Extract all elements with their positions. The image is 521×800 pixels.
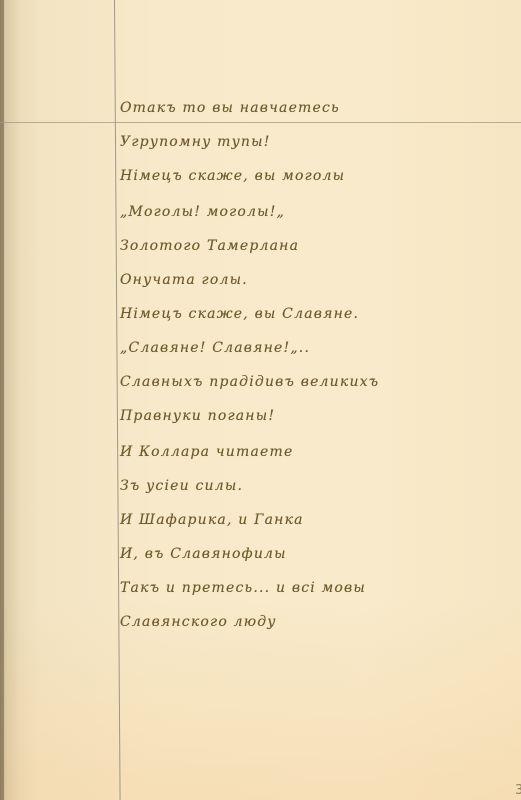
text-line: „Моголы! моголы!„ <box>120 204 285 220</box>
text-line: И, въ Славянофилы <box>120 546 287 562</box>
text-line: Німецъ скаже, вы Славяне. <box>120 306 359 322</box>
text-line: Отакъ то вы навчаетесь <box>120 100 340 116</box>
text-line: „Славяне! Славяне!„.. <box>120 340 310 356</box>
text-line: И Коллара читаете <box>120 444 293 460</box>
text-line: Правнуки поганы! <box>120 408 275 424</box>
text-line: Німецъ скаже, вы моголы <box>120 168 345 184</box>
text-line: Угрупомну тупы! <box>120 134 271 150</box>
manuscript-page: Отакъ то вы навчаетесь Угрупомну тупы! Н… <box>0 0 521 800</box>
text-line: Онучата голы. <box>120 272 248 288</box>
text-line: Зъ усіеи силы. <box>120 478 243 494</box>
page-number-partial: 3 <box>515 783 521 798</box>
text-line: Славянского люду <box>120 614 277 630</box>
text-line: Славныхъ прадідивъ великихъ <box>120 374 379 390</box>
text-line: Золотого Тамерлана <box>120 238 299 254</box>
header-rule <box>0 122 521 123</box>
book-spine-shadow <box>0 0 4 800</box>
margin-line <box>114 0 121 800</box>
text-line: И Шафарика, и Ганка <box>120 512 304 528</box>
text-line: Такъ и претесь... и всі мовы <box>120 580 366 596</box>
